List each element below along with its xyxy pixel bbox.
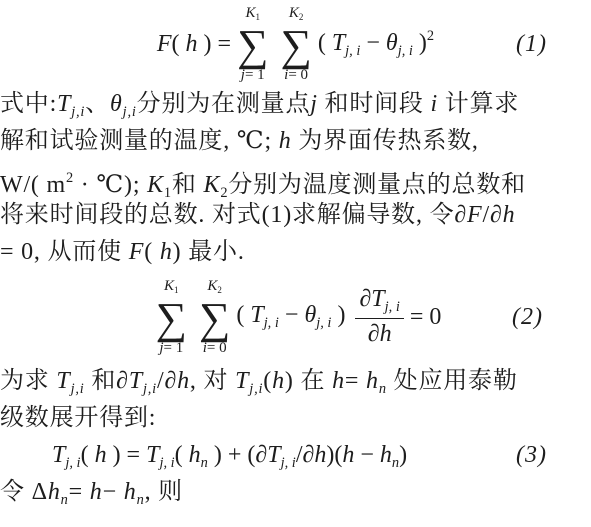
equation-3-body: Tj, i( h ) = Tj, i( hn ) + (∂Tj, i/∂h)(h… — [52, 442, 407, 468]
sum-lower-limit: i= 0 — [203, 340, 227, 356]
equation-1-number: (1) — [516, 31, 547, 58]
sum-operator-2: K2 ∑ i= 0 — [199, 278, 230, 356]
paragraph-3: 令 Δhn= h− hn, 则 — [0, 474, 591, 511]
sigma-icon: ∑ — [156, 298, 187, 340]
equation-3: Tj, i( h ) = Tj, i( hn ) + (∂Tj, i/∂h)(h… — [0, 437, 591, 474]
sum-operator-1: K1 ∑ j= 1 — [237, 5, 268, 83]
sigma-icon: ∑ — [199, 298, 230, 340]
partial-derivative-fraction: ∂Tj, i ∂h — [355, 286, 403, 347]
body-text-line: = 0, 从而使 F( h) 最小. — [0, 234, 591, 271]
body-text-line: 式中:Tj,i、θj,i分别为在测量点j 和时间段 i 计算求 — [0, 86, 591, 123]
body-text-line: 令 Δhn= h− hn, 则 — [0, 474, 591, 511]
fraction-denominator: ∂h — [368, 319, 392, 347]
equation-3-number: (3) — [516, 437, 547, 474]
sum-lower-limit: j= 1 — [159, 340, 183, 356]
paragraph-2: 为求 Tj,i 和∂Tj,i/∂h, 对 Tj,i(h) 在 h= hn 处应用… — [0, 363, 591, 437]
sigma-icon: ∑ — [237, 25, 268, 67]
paragraph-1: 式中:Tj,i、θj,i分别为在测量点j 和时间段 i 计算求 解和试验测量的温… — [0, 86, 591, 271]
equation-2-number: (2) — [512, 304, 543, 331]
equation-2-body: ( Tj, i − θj, i ) — [236, 302, 345, 332]
body-text-line: 将来时间段的总数. 对式(1)求解偏导数, 令∂F/∂h — [0, 197, 591, 234]
equation-1: F( h ) = K1 ∑ j= 1 K2 ∑ i= 0 ( Tj, i − θ… — [0, 2, 591, 86]
body-text-line: 为求 Tj,i 和∂Tj,i/∂h, 对 Tj,i(h) 在 h= hn 处应用… — [0, 363, 591, 400]
equation-2: K1 ∑ j= 1 K2 ∑ i= 0 ( Tj, i − θj, i ) ∂T… — [0, 271, 591, 363]
body-text-line: 级数展开得到: — [0, 400, 591, 437]
equation-2-rhs: = 0 — [410, 304, 442, 331]
sum-operator-2: K2 ∑ i= 0 — [280, 5, 311, 83]
fraction-numerator: ∂Tj, i — [355, 286, 403, 319]
document-page: F( h ) = K1 ∑ j= 1 K2 ∑ i= 0 ( Tj, i − θ… — [0, 0, 591, 527]
equation-1-lhs: F( h ) = — [157, 31, 231, 58]
sum-lower-limit: j= 1 — [241, 67, 265, 83]
equation-1-body: ( Tj, i − θj, i )2 — [318, 28, 434, 60]
body-text-line: 解和试验测量的温度, ℃; h 为界面传热系数, — [0, 123, 591, 160]
sigma-icon: ∑ — [280, 25, 311, 67]
sum-lower-limit: i= 0 — [284, 67, 308, 83]
sum-operator-1: K1 ∑ j= 1 — [156, 278, 187, 356]
body-text-line: W/( m2 · ℃); K1和 K2分别为温度测量点的总数和 — [0, 160, 591, 197]
